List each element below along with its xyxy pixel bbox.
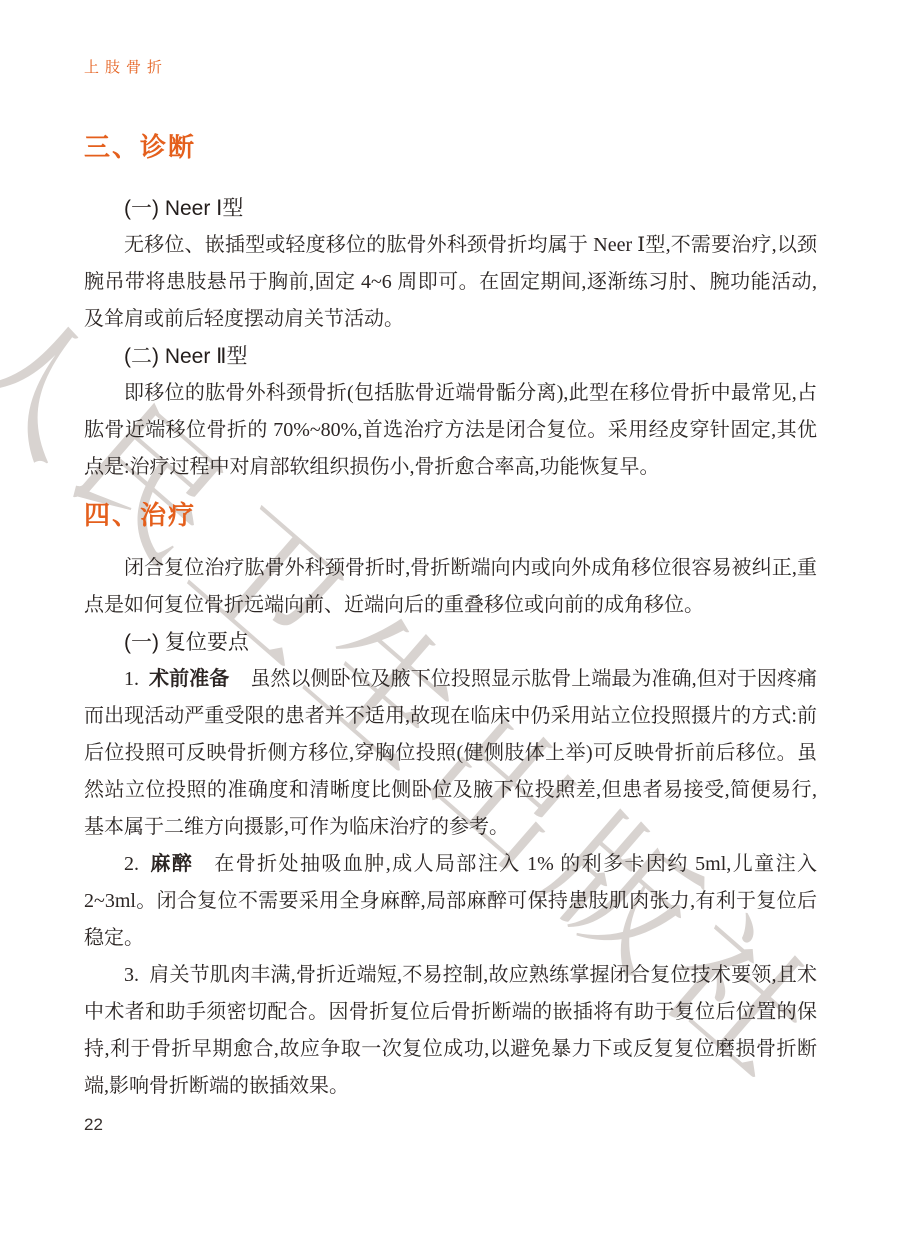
paragraph-text: 肩关节肌肉丰满,骨折近端短,不易控制,故应熟练掌握闭合复位技术要领,且术中术者和…	[84, 964, 817, 1097]
paragraph: 即移位的肱骨外科颈骨折(包括肱骨近端骨骺分离),此型在移位骨折中最常见,占肱骨近…	[84, 375, 817, 486]
page-number: 22	[84, 1115, 817, 1135]
paragraph-text: 即移位的肱骨外科颈骨折(包括肱骨近端骨骺分离),此型在移位骨折中最常见,占肱骨近…	[84, 382, 817, 478]
paragraph-text: 无移位、嵌插型或轻度移位的肱骨外科颈骨折均属于 Neer Ⅰ型,不需要治疗,以颈…	[84, 234, 817, 330]
subsection-heading: (二) Neer Ⅱ型	[84, 338, 817, 375]
paragraph-text: 在骨折处抽吸血肿,成人局部注入 1% 的利多卡因约 5ml,儿童注入 2~3ml…	[84, 853, 817, 949]
list-number: 3.	[124, 964, 139, 986]
run-in-label: 术前准备	[149, 668, 229, 690]
section-heading: 四、治疗	[84, 500, 817, 532]
subsection-heading: (一) 复位要点	[84, 624, 817, 661]
paragraph: 3.肩关节肌肉丰满,骨折近端短,不易控制,故应熟练掌握闭合复位技术要领,且术中术…	[84, 957, 817, 1105]
paragraph-text: 闭合复位治疗肱骨外科颈骨折时,骨折断端向内或向外成角移位很容易被纠正,重点是如何…	[84, 557, 817, 616]
content: 三、诊断(一) Neer Ⅰ型无移位、嵌插型或轻度移位的肱骨外科颈骨折均属于 N…	[84, 132, 817, 1105]
paragraph: 1.术前准备虽然以侧卧位及腋下位投照显示肱骨上端最为准确,但对于因疼痛而出现活动…	[84, 661, 817, 846]
running-header: 上肢骨折	[84, 58, 817, 78]
subsection-heading: (一) Neer Ⅰ型	[84, 190, 817, 227]
section-heading: 三、诊断	[84, 132, 817, 164]
paragraph: 闭合复位治疗肱骨外科颈骨折时,骨折断端向内或向外成角移位很容易被纠正,重点是如何…	[84, 550, 817, 624]
paragraph: 2.麻醉在骨折处抽吸血肿,成人局部注入 1% 的利多卡因约 5ml,儿童注入 2…	[84, 846, 817, 957]
list-number: 1.	[124, 668, 139, 690]
paragraph: 无移位、嵌插型或轻度移位的肱骨外科颈骨折均属于 Neer Ⅰ型,不需要治疗,以颈…	[84, 227, 817, 338]
page-body: 上肢骨折 三、诊断(一) Neer Ⅰ型无移位、嵌插型或轻度移位的肱骨外科颈骨折…	[84, 58, 817, 1135]
paragraph-text: 虽然以侧卧位及腋下位投照显示肱骨上端最为准确,但对于因疼痛而出现活动严重受限的患…	[84, 668, 817, 838]
run-in-label: 麻醉	[149, 853, 193, 875]
book-page: 人民卫生出版社 上肢骨折 三、诊断(一) Neer Ⅰ型无移位、嵌插型或轻度移位…	[0, 0, 900, 1234]
list-number: 2.	[124, 853, 139, 875]
